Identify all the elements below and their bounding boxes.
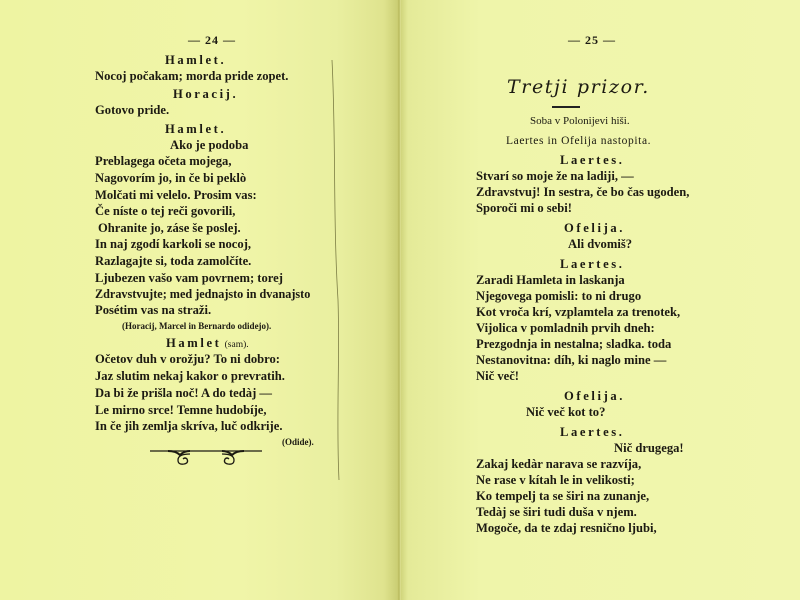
verse-line: Jaz slutim nekaj kakor o prevratih. [95,368,285,384]
verse-line: Gotovo pride. [95,102,169,118]
verse-line: Zakaj kedàr narava se razvíja, [476,456,641,472]
verse-line: Ali dvomiš? [568,236,632,252]
scene-setting: Soba v Polonijevi hiši. [530,113,630,129]
left-page: — 24 — Hamlet. Nocoj počakam; morda prid… [0,0,398,600]
verse-line: Le mirno srce! Temne hudobíje, [95,402,267,418]
verse-line: In naj zgodí karkoli se nocoj, [95,236,251,252]
verse-line: Razlagajte si, toda zamolčíte. [95,253,251,269]
verse-line: Molčati mi velelo. Prosim vas: [95,187,257,203]
verse-line: Če níste o tej reči govorili, [95,203,235,219]
scene-entrance: Laertes in Ofelija nastopita. [506,133,651,149]
right-page: — 25 — Tretji prizor. Soba v Polonijevi … [402,0,800,600]
verse-line: Očetov duh v orožju? To ni dobro: [95,351,280,367]
verse-line: Ko tempelj ta se širi na zunanje, [476,488,649,504]
scene-title: Tretji prizor. [507,76,650,98]
verse-line: Nagovorím jo, in če bi peklò [95,170,246,186]
verse-line: Ako je podoba [170,137,248,153]
speaker-name: Hamlet. [165,121,226,137]
verse-line: Stvarí so moje že na ladiji, — [476,168,634,184]
book-spread: — 24 — Hamlet. Nocoj počakam; morda prid… [0,0,800,600]
verse-line: Zdravstvujte; med jednajsto in dvanajsto [95,286,310,302]
speaker-name: Laertes. [560,256,625,272]
verse-line: Zdravstvuj! In sestra, če bo čas ugoden, [476,184,689,200]
verse-line: Posétim vas na straži. [95,302,211,318]
verse-line: Nocoj počakam; morda pride zopet. [95,68,288,84]
verse-line: Nič več kot to? [526,404,605,420]
verse-line: Nič drugega! [614,440,684,456]
verse-line: Tedàj se širi tudi duša v njem. [476,504,637,520]
speaker-name: Ofelija. [564,220,625,236]
verse-line: Kot vroča krí, vzplamtela za trenotek, [476,304,680,320]
tailpiece-ornament-icon [150,448,262,468]
verse-line: Zaradi Hamleta in laskanja [476,272,625,288]
verse-line: Da bi že prišla noč! A do tedàj — [95,385,272,401]
verse-line: Nič več! [476,368,519,384]
verse-line: Mogoče, da te zdaj resnično ljubi, [476,520,657,536]
stage-direction: (Odide). [282,434,314,450]
verse-line: Ljubezen vašo vam povrnem; torej [95,270,283,286]
verse-line: In če jih zemlja skríva, luč odkrije. [95,418,283,434]
stage-direction: (Horacij, Marcel in Bernardo odidejo). [122,318,271,334]
paper-fold-crease [330,60,342,480]
speaker-name: Laertes. [560,424,625,440]
speaker-name: Horacij. [173,86,238,102]
title-rule [552,106,580,108]
speaker-name: Laertes. [560,152,625,168]
speaker-name: Hamlet. [165,52,226,68]
verse-line: Njegovega pomisli: to ni drugo [476,288,641,304]
verse-line: Preblagega očeta mojega, [95,153,232,169]
page-number: — 24 — [188,33,236,48]
verse-line: Prezgodnja in nestalna; sladka. toda [476,336,671,352]
verse-line: Sporoči mi o sebi! [476,200,572,216]
verse-line: Ne rase v kítah le in velikosti; [476,472,635,488]
page-number: — 25 — [568,33,616,48]
speaker-name: Ofelija. [564,388,625,404]
stage-aside: (sam). [225,340,249,350]
verse-line: Ohranite jo, záse še poslej. [98,220,241,236]
speaker-name: Hamlet [166,336,221,350]
verse-line: Nestanovitna: díh, ki naglo mine — [476,352,666,368]
verse-line: Vijolica v pomladnih prvih dneh: [476,320,655,336]
